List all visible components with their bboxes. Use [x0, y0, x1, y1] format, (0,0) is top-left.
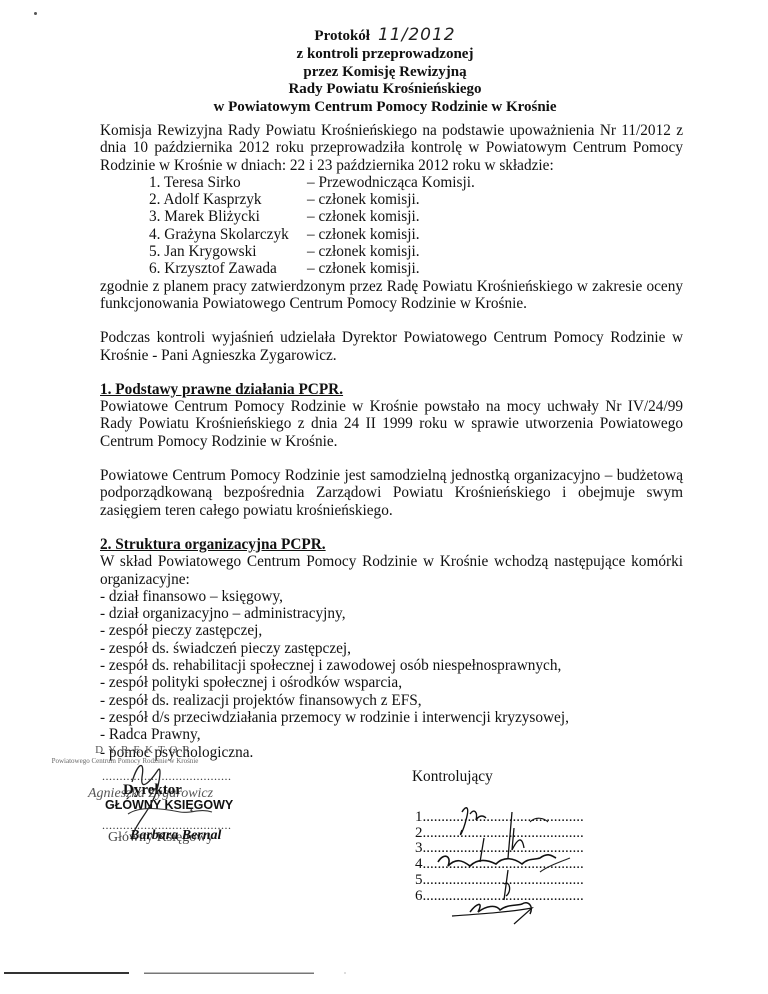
org-units-list: - dział finansowo – księgowy, - dział or…: [100, 588, 683, 761]
section-1-paragraph-2: Powiatowe Centrum Pomocy Rodzinie jest s…: [100, 467, 683, 519]
section-1-title: 1. Podstawy prawne działania PCPR.: [100, 381, 683, 398]
signature-line: 5.......................................…: [415, 873, 584, 889]
org-unit-item: - dział finansowo – księgowy,: [100, 588, 683, 605]
org-unit-item: - Radca Prawny,: [100, 726, 683, 743]
document-header: Protokół11/2012 z kontroli przeprowadzon…: [100, 27, 670, 117]
handwritten-protocol-number: 11/2012: [378, 25, 456, 45]
member-item: 2. Adolf Kasprzyk– członek komisji.: [100, 191, 683, 208]
member-role: – członek komisji.: [307, 191, 420, 208]
header-line-3: Rady Powiatu Krośnieńskiego: [100, 81, 670, 99]
signature-line: 3.......................................…: [415, 841, 584, 857]
org-unit-item: - zespół ds. rehabilitacji społecznej i …: [100, 657, 683, 674]
section-2-intro: W skład Powiatowego Centrum Pomocy Rodzi…: [100, 553, 683, 588]
document-body: Komisja Rewizyjna Rady Powiatu Krośnieńs…: [100, 122, 683, 761]
member-role: – członek komisji.: [307, 243, 420, 260]
org-unit-item: - zespół d/s przeciwdziałania przemocy w…: [100, 709, 683, 726]
controllers-signature-lines: 1.......................................…: [415, 810, 584, 904]
member-role: – członek komisji.: [307, 226, 420, 243]
document-page: Protokół11/2012 z kontroli przeprowadzon…: [0, 0, 768, 994]
org-unit-item: - zespół pieczy zastępczej,: [100, 622, 683, 639]
member-item: 5. Jan Krygowski– członek komisji.: [100, 243, 683, 260]
header-line-4: w Powiatowym Centrum Pomocy Rodzinie w K…: [100, 99, 670, 117]
director-and-accountant-stamps: DYREKTOR Powiatowego Centrum Pomocy Rodz…: [20, 742, 270, 862]
member-item: 6. Krzysztof Zawada– członek komisji.: [100, 260, 683, 277]
member-name: 3. Marek Bliżycki: [100, 208, 307, 225]
member-name: 6. Krzysztof Zawada: [100, 260, 307, 277]
signature-line: 1.......................................…: [415, 810, 584, 826]
scan-speck: [34, 12, 37, 15]
scan-bottom-edge: [4, 972, 346, 974]
document-title: Protokół: [314, 28, 370, 44]
member-name: 5. Jan Krygowski: [100, 243, 307, 260]
org-unit-item: - zespół ds. świadczeń pieczy zastępczej…: [100, 640, 683, 657]
section-1-paragraph-1: Powiatowe Centrum Pomocy Rodzinie w Kroś…: [100, 398, 683, 450]
member-item: 3. Marek Bliżycki– członek komisji.: [100, 208, 683, 225]
org-unit-item: - zespół polityki społecznej i ośrodków …: [100, 674, 683, 691]
signature-line: 4.......................................…: [415, 857, 584, 873]
explanations-paragraph: Podczas kontroli wyjaśnień udzielała Dyr…: [100, 329, 683, 364]
member-item: 1. Teresa Sirko– Przewodnicząca Komisji.: [100, 174, 683, 191]
member-item: 4. Grażyna Skolarczyk– członek komisji.: [100, 226, 683, 243]
header-line-2: przez Komisję Rewizyjną: [100, 64, 670, 82]
member-name: 2. Adolf Kasprzyk: [100, 191, 307, 208]
member-role: – członek komisji.: [307, 208, 420, 225]
member-name: 1. Teresa Sirko: [100, 174, 307, 191]
commission-members-list: 1. Teresa Sirko– Przewodnicząca Komisji.…: [100, 174, 683, 278]
scope-paragraph: zgodnie z planem pracy zatwierdzonym prz…: [100, 278, 683, 313]
signature-line: 2.......................................…: [415, 826, 584, 842]
handwritten-signature-icon: [20, 742, 270, 862]
member-role: – członek komisji.: [307, 260, 420, 277]
section-2-title: 2. Struktura organizacyjna PCPR.: [100, 536, 683, 553]
member-name: 4. Grażyna Skolarczyk: [100, 226, 307, 243]
controllers-label: Kontrolujący: [412, 768, 493, 786]
member-role: – Przewodnicząca Komisji.: [307, 174, 475, 191]
org-unit-item: - dział organizacyjno – administracyjny,: [100, 605, 683, 622]
org-unit-item: - zespół ds. realizacji projektów finans…: [100, 692, 683, 709]
title-line: Protokół11/2012: [100, 27, 670, 46]
header-line-1: z kontroli przeprowadzonej: [100, 46, 670, 64]
intro-paragraph: Komisja Rewizyjna Rady Powiatu Krośnieńs…: [100, 122, 683, 174]
signature-line: 6.......................................…: [415, 889, 584, 905]
